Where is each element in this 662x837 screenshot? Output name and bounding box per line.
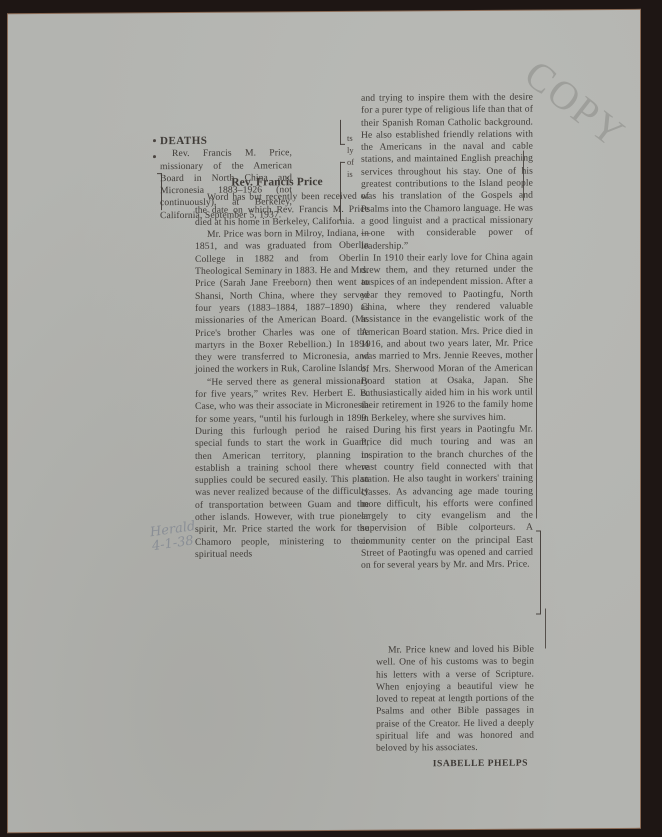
copy-stamp: COPY: [516, 50, 635, 157]
deaths-heading: DEATHS: [160, 134, 292, 147]
margin-fragments: ts ly of is: [347, 132, 354, 180]
clipping-bracket: [340, 120, 345, 145]
fragment: ly: [347, 144, 354, 156]
paragraph: During his first years in Paotingfu Mr. …: [361, 424, 533, 573]
article-column-1: Rev. Francis Price Word has but recently…: [195, 190, 369, 561]
column-rule: [545, 608, 546, 648]
paragraph: Mr. Price knew and loved his Bible well.…: [376, 644, 534, 756]
paragraph: and trying to inspire them with the desi…: [361, 92, 533, 253]
margin-dot: [153, 155, 156, 158]
article-column-3: Mr. Price knew and loved his Bible well.…: [376, 644, 534, 771]
paragraph: “He served there as general missionary f…: [195, 375, 369, 561]
column-rule: [536, 349, 537, 519]
document-page: COPY ts ly of is DEATHS Rev. Francis M. …: [8, 10, 640, 832]
paragraph: In 1910 their early love for China again…: [361, 251, 533, 424]
fragment: of: [347, 156, 354, 168]
author-signature: ISABELLE PHELPS: [376, 757, 534, 770]
clipping-bracket: [536, 530, 541, 614]
handwritten-note: Herald 4-1-38: [149, 520, 198, 554]
paragraph: Word has but recently been received of t…: [195, 191, 369, 229]
article-column-2: and trying to inspire them with the desi…: [361, 92, 533, 573]
article-title: Rev. Francis Price: [185, 176, 369, 190]
paragraph: Mr. Price was born in Milroy, Indiana, i…: [195, 228, 369, 377]
margin-dot: [153, 139, 156, 142]
fragment: ts: [347, 132, 354, 144]
